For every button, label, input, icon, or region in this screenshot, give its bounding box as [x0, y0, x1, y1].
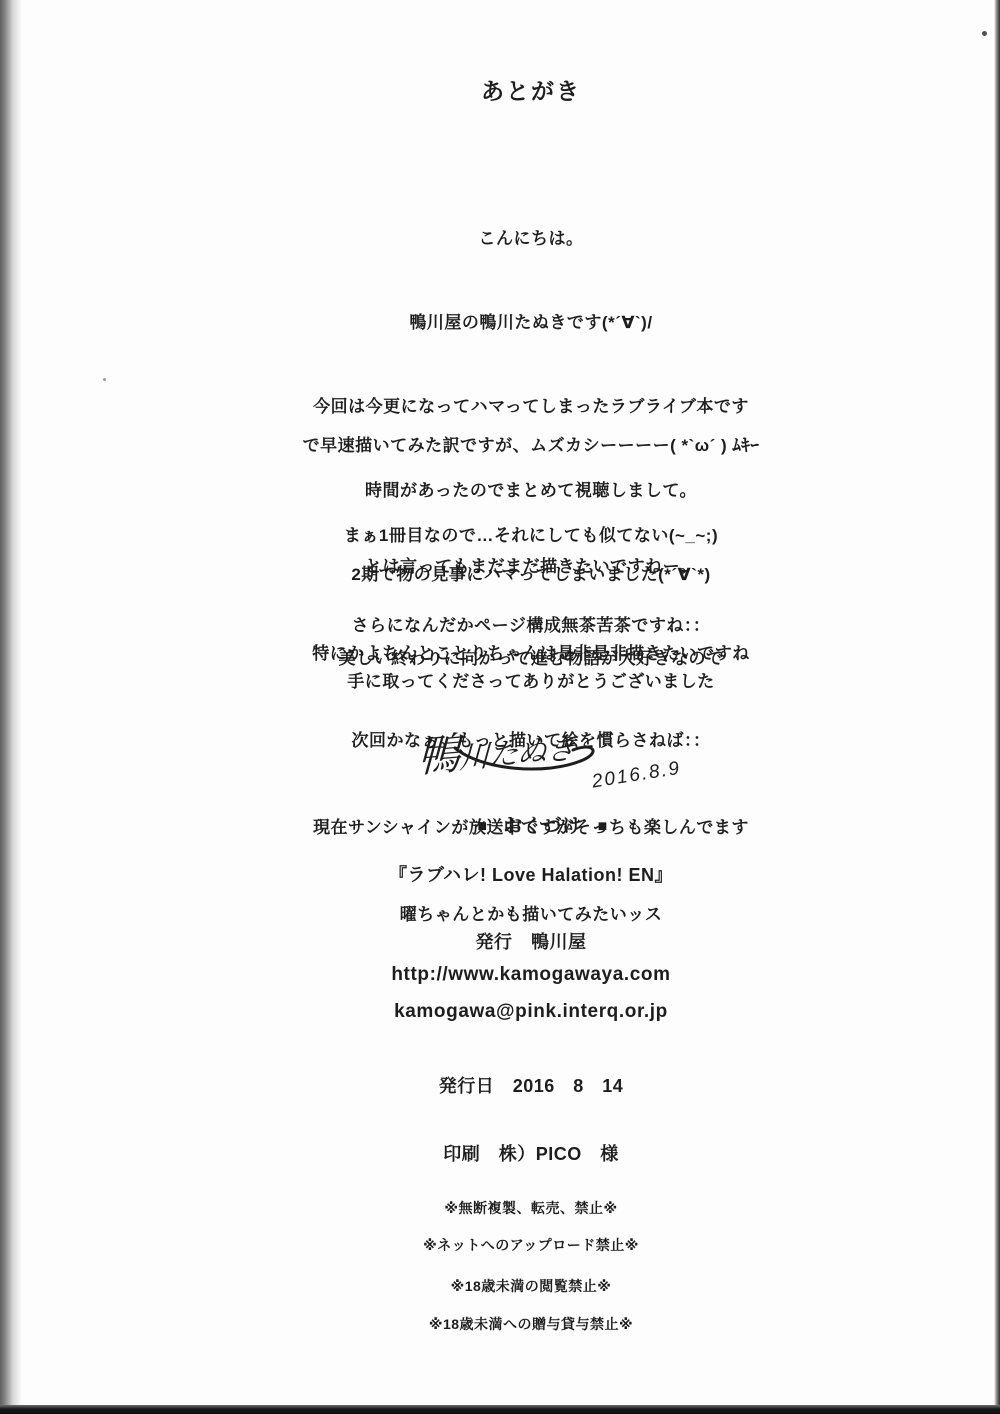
page-title: あとがき: [81, 73, 981, 106]
afterword-line: 特にかよちんとことりちゃんは是非是非描きたいですね: [81, 639, 981, 668]
afterword-line: とは言ってもまだまだ描きたいですねー。: [81, 552, 981, 581]
publication-date-line: 発行日 2016 8 14: [81, 1072, 981, 1098]
black-square-icon: ■: [598, 818, 608, 835]
publisher-line: 発行 鴨川屋: [81, 928, 981, 954]
colophon-header: ■おくづけ■: [81, 789, 981, 860]
author-signature: 鴨川たぬき 2016.8.9: [81, 698, 981, 784]
afterword-line: こんにちは。: [81, 225, 981, 253]
scanned-afterword-page: あとがき こんにちは。 鴨川屋の鴨川たぬきです(*´∀`)/ 今回は今更になって…: [0, 0, 1000, 1414]
warning-no-reproduction: ※無断複製、転売、禁止※: [81, 1198, 981, 1218]
scan-speck: [982, 31, 987, 36]
afterword-line: 鴨川屋の鴨川たぬきです(*´∀`)/: [81, 309, 981, 337]
thanks-line: 手に取ってくださってありがとうございました: [81, 667, 981, 692]
scan-edge-bottom: [0, 1405, 1000, 1414]
website-url: http://www.kamogawaya.com: [81, 964, 981, 986]
afterword-line: 曜ちゃんとかも描いてみたいッス: [81, 900, 981, 929]
colophon-header-label: おくづけ: [504, 816, 582, 837]
black-square-icon: ■: [477, 818, 487, 835]
afterword-line: で早速描いてみた訳ですが、ムズカシーーーー( *`ω´ ) ﾑｷｰ: [81, 431, 981, 461]
scan-edge-right: [994, 0, 1000, 1414]
warning-no-viewing-under18: ※18歳未満の閲覧禁止※: [81, 1276, 981, 1296]
warning-no-giving-under18: ※18歳未満への贈与貸与禁止※: [81, 1314, 981, 1334]
printer-line: 印刷 株）PICO 様: [81, 1140, 981, 1166]
scan-edge-left: [0, 0, 22, 1414]
email-address: kamogawa@pink.interq.or.jp: [81, 1001, 981, 1023]
warning-no-upload: ※ネットへのアップロード禁止※: [81, 1235, 981, 1255]
book-title: 『ラブハレ! Love Halation! EN』: [81, 861, 981, 887]
